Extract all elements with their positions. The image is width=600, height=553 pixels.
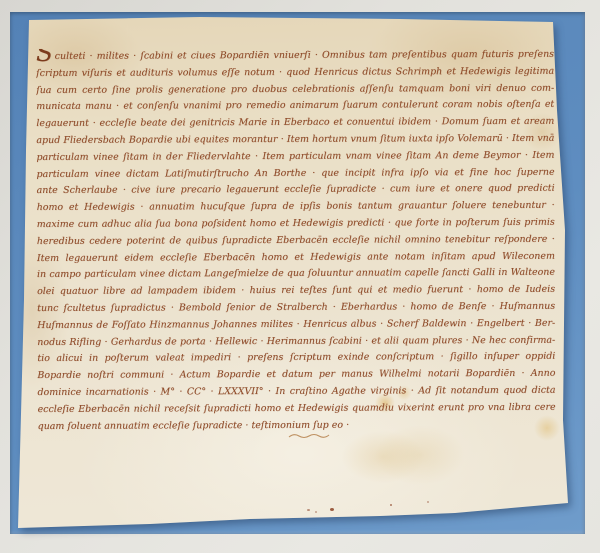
manuscript-text: Sculteti · milites · ſcabini et ciues Bo… [36,47,556,436]
manuscript-line: Sculteti · milites · ſcabini et ciues Bo… [36,47,554,66]
initial-letter: S [36,47,54,66]
ink-speck [390,504,392,506]
ink-speck [307,509,310,511]
manuscript-line: dominice incarnationis · M° · CC° · LXXX… [37,383,555,402]
manuscript-line: heredibus cedere poterint de quibus ſupr… [37,232,555,251]
manuscript-line: eccleſie Eberbacēn nichil receſsit ſupra… [38,399,556,418]
parchment: Sculteti · milites · ſcabini et ciues Bo… [0,0,600,553]
manuscript-line: ſcriptum viſuris et audituris volumus eſ… [36,64,554,83]
manuscript-line: tunc ſcultetus ſupradictus · Bembold ſen… [37,299,555,318]
manuscript-line: particulam vinee ſitam in der Fliedervla… [36,148,554,167]
manuscript-line: apud Fliedersbach Bopardie ubi equites m… [36,131,554,150]
ink-speck [330,508,334,511]
charter-photograph: Sculteti · milites · ſcabini et ciues Bo… [0,0,600,553]
ink-speck [427,501,429,503]
manuscript-line: maxime cum adhuc alia ſua bona poſsident… [37,215,555,234]
flourish-underline-icon [288,432,330,440]
manuscript-line: Huſmannus de Foſſato Hinzmannus Johannes… [37,315,555,334]
manuscript-line-text: culteti · milites · ſcabini et ciues Bop… [55,49,554,62]
parchment-shadow: Sculteti · milites · ſcabini et ciues Bo… [0,0,600,553]
ink-speck [315,511,317,513]
